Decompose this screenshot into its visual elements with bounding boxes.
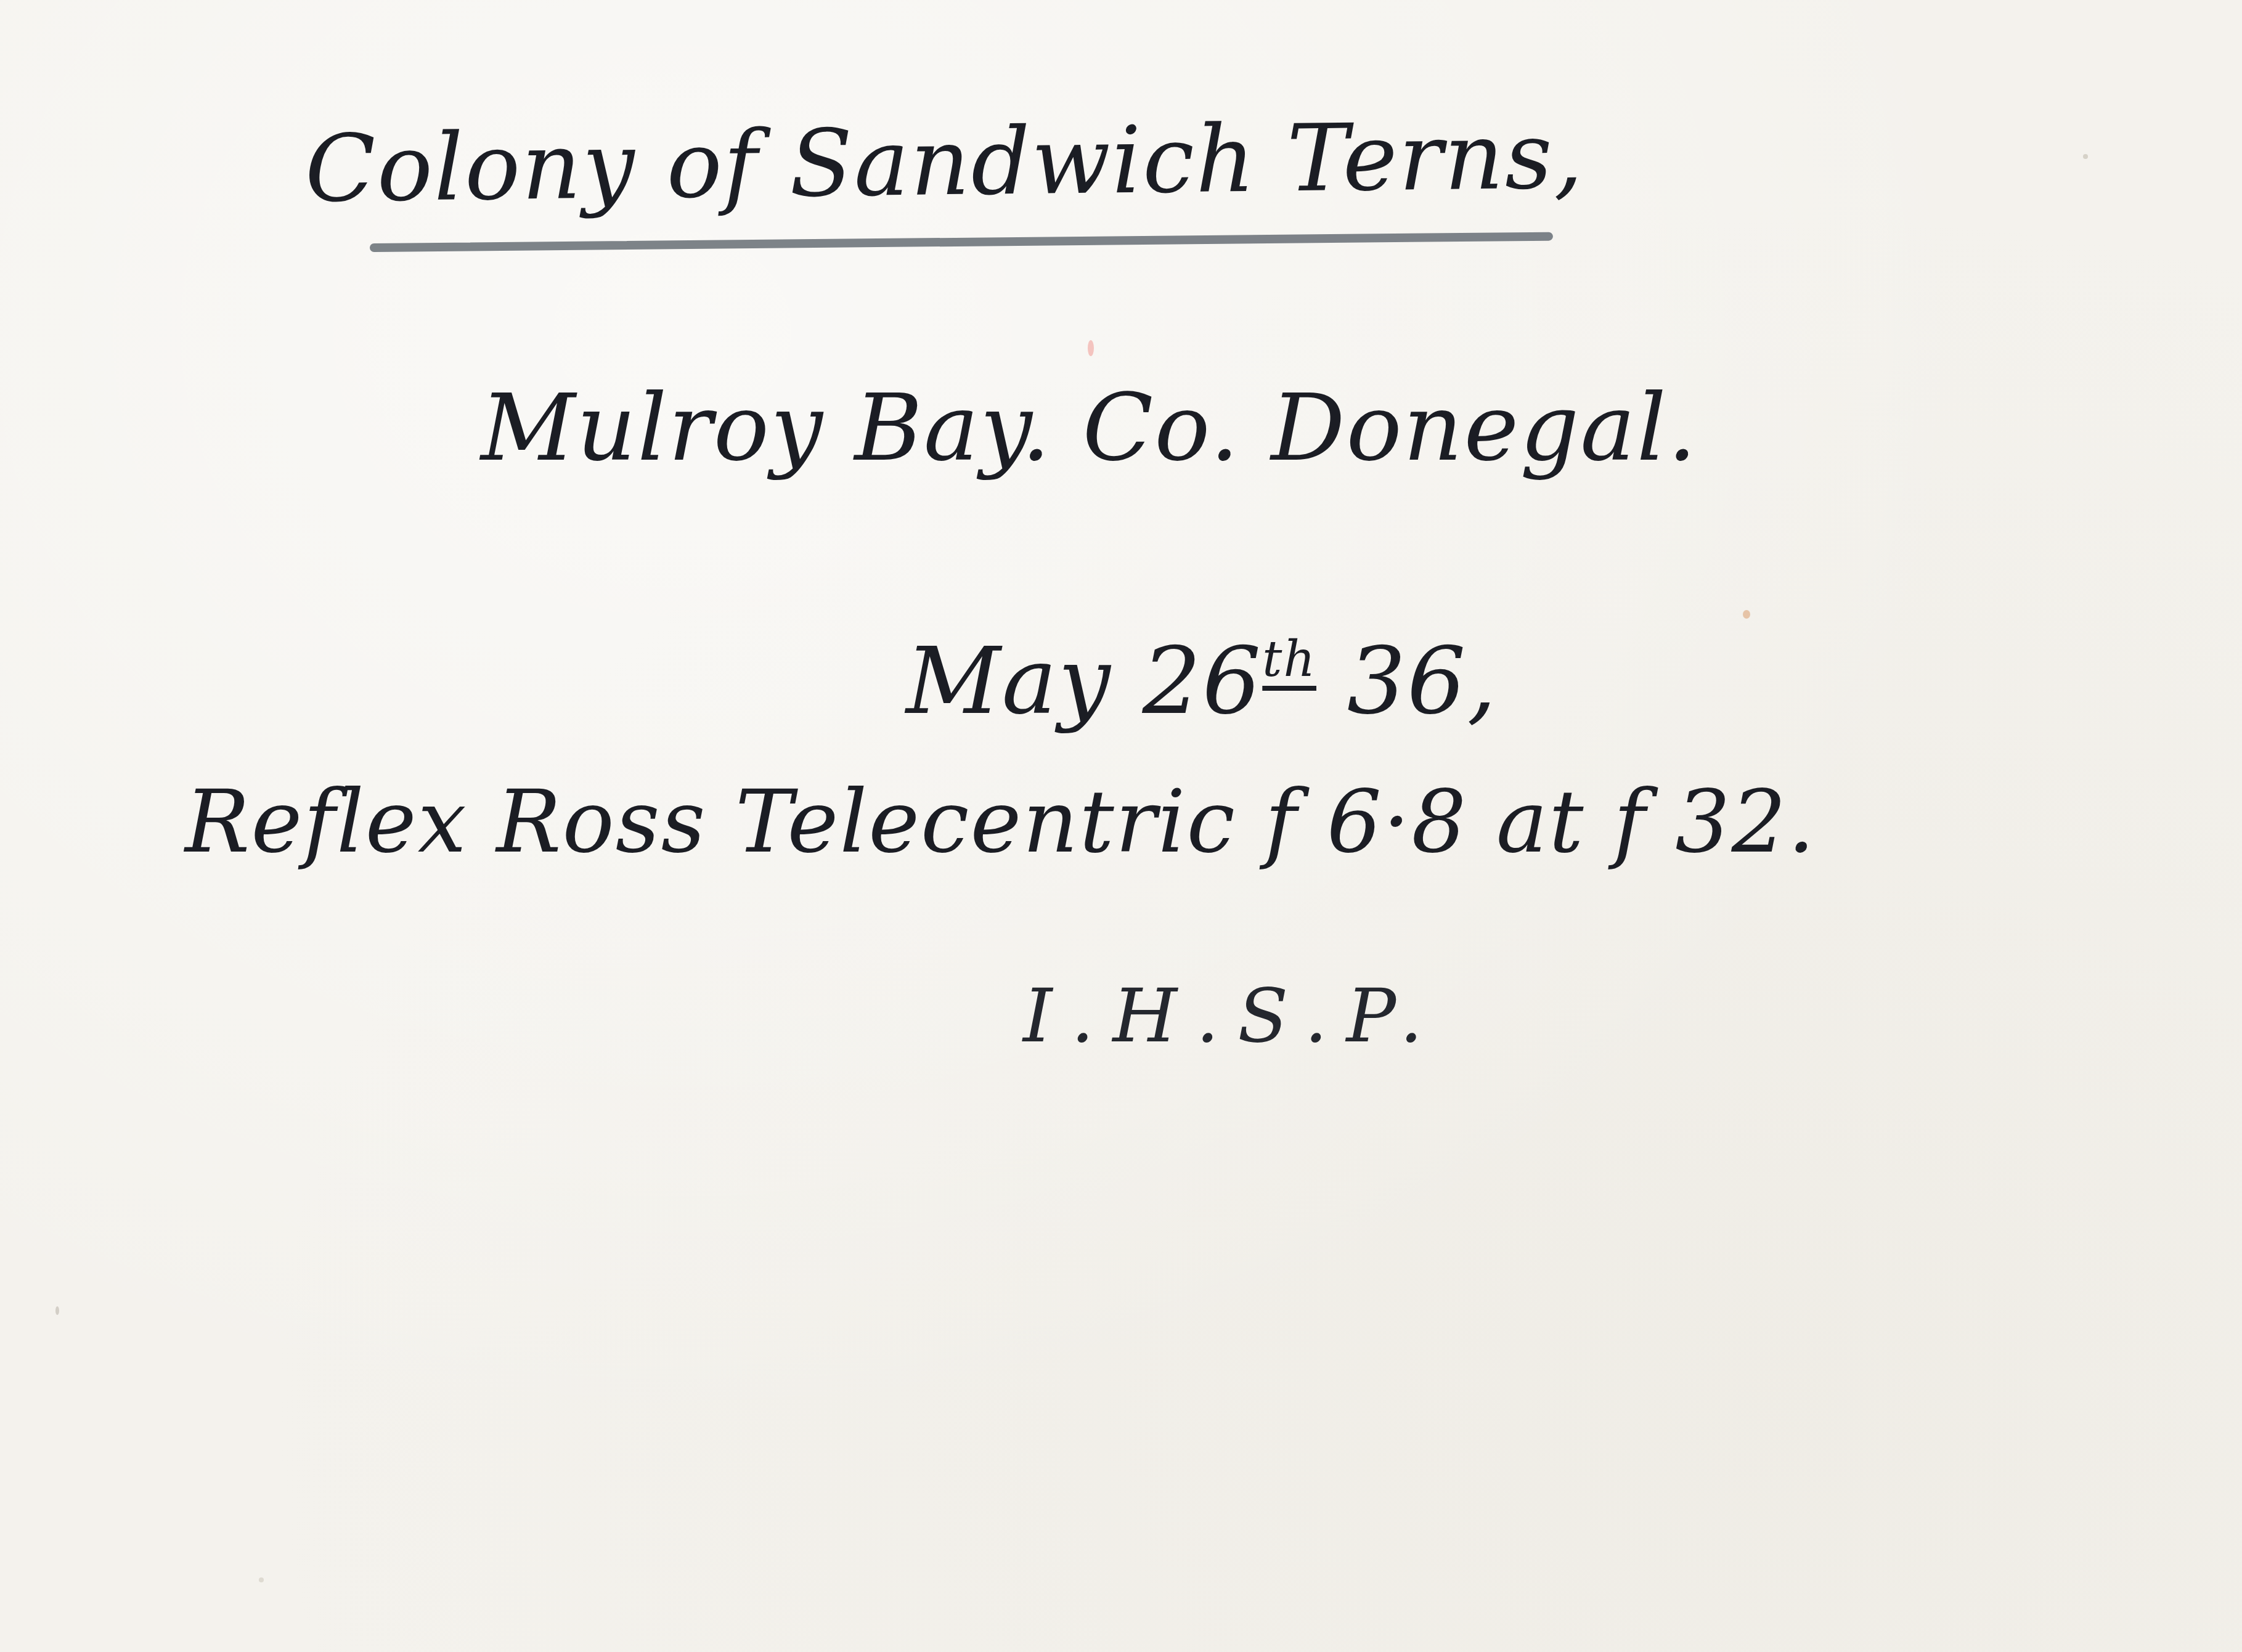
date-year: 36,: [1316, 628, 1498, 735]
paper-speck: [2083, 154, 2088, 159]
caption-location: Mulroy Bay. Co. Donegal.: [481, 382, 1698, 474]
paper-speck: [55, 1306, 59, 1315]
caption-initials: I.H.S.P.: [1023, 980, 1441, 1054]
caption-card: Colony of Sandwich Terns, Mulroy Bay. Co…: [0, 0, 2242, 1652]
caption-date: May 26th 36,: [906, 635, 1498, 728]
title-underline: [370, 232, 1553, 252]
date-ordinal-suffix: th: [1262, 630, 1316, 688]
paper-speck: [259, 1577, 264, 1582]
date-main: May 26: [906, 628, 1262, 735]
caption-camera-settings: Reflex Ross Telecentric f 6·8 at f 32.: [185, 779, 1816, 866]
caption-title: Colony of Sandwich Terns,: [304, 110, 1584, 216]
paper-speck: [1088, 340, 1094, 356]
paper-speck: [1743, 610, 1750, 619]
